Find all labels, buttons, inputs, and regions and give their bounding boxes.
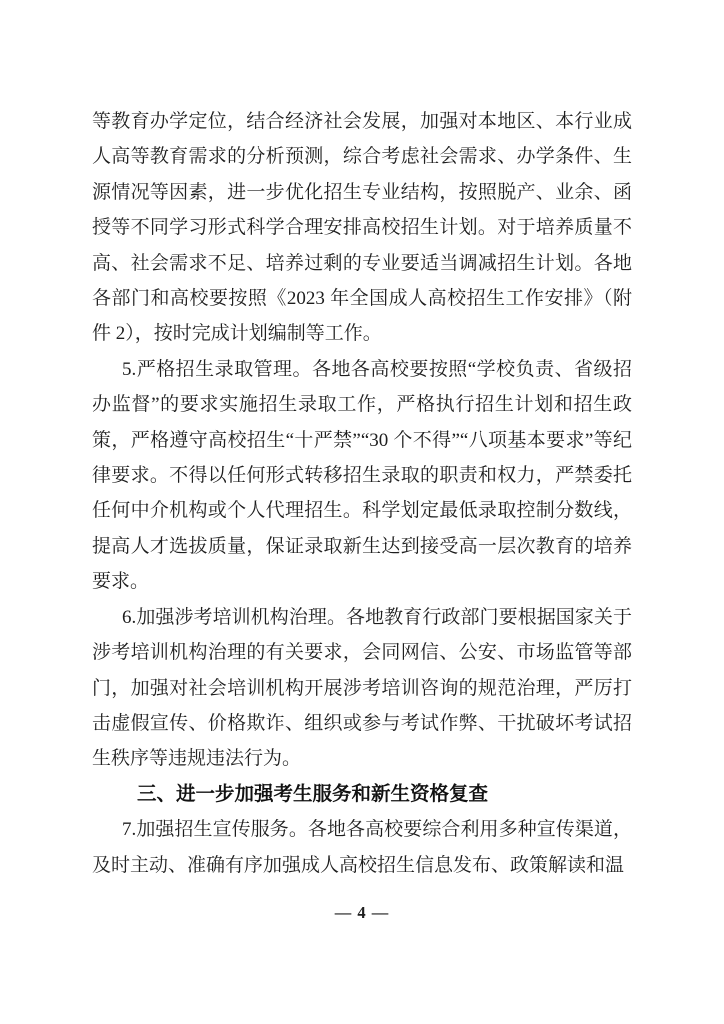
section-heading: 三、进一步加强考生服务和新生资格复查	[92, 777, 632, 812]
paragraph-item-7: 7.加强招生宣传服务。各地各高校要综合利用多种宣传渠道，及时主动、准确有序加强成…	[92, 812, 632, 883]
document-body: 等教育办学定位，结合经济社会发展，加强对本地区、本行业成人高等教育需求的分析预测…	[92, 104, 632, 883]
document-page: 等教育办学定位，结合经济社会发展，加强对本地区、本行业成人高等教育需求的分析预测…	[0, 0, 724, 1024]
paragraph-item-5: 5.严格招生录取管理。各地各高校要按照“学校负责、省级招办监督”的要求实施招生录…	[92, 352, 632, 600]
paragraph-continuation: 等教育办学定位，结合经济社会发展，加强对本地区、本行业成人高等教育需求的分析预测…	[92, 104, 632, 352]
page-number: — 4 —	[0, 903, 724, 923]
paragraph-item-6: 6.加强涉考培训机构治理。各地教育行政部门要根据国家关于涉考培训机构治理的有关要…	[92, 600, 632, 777]
